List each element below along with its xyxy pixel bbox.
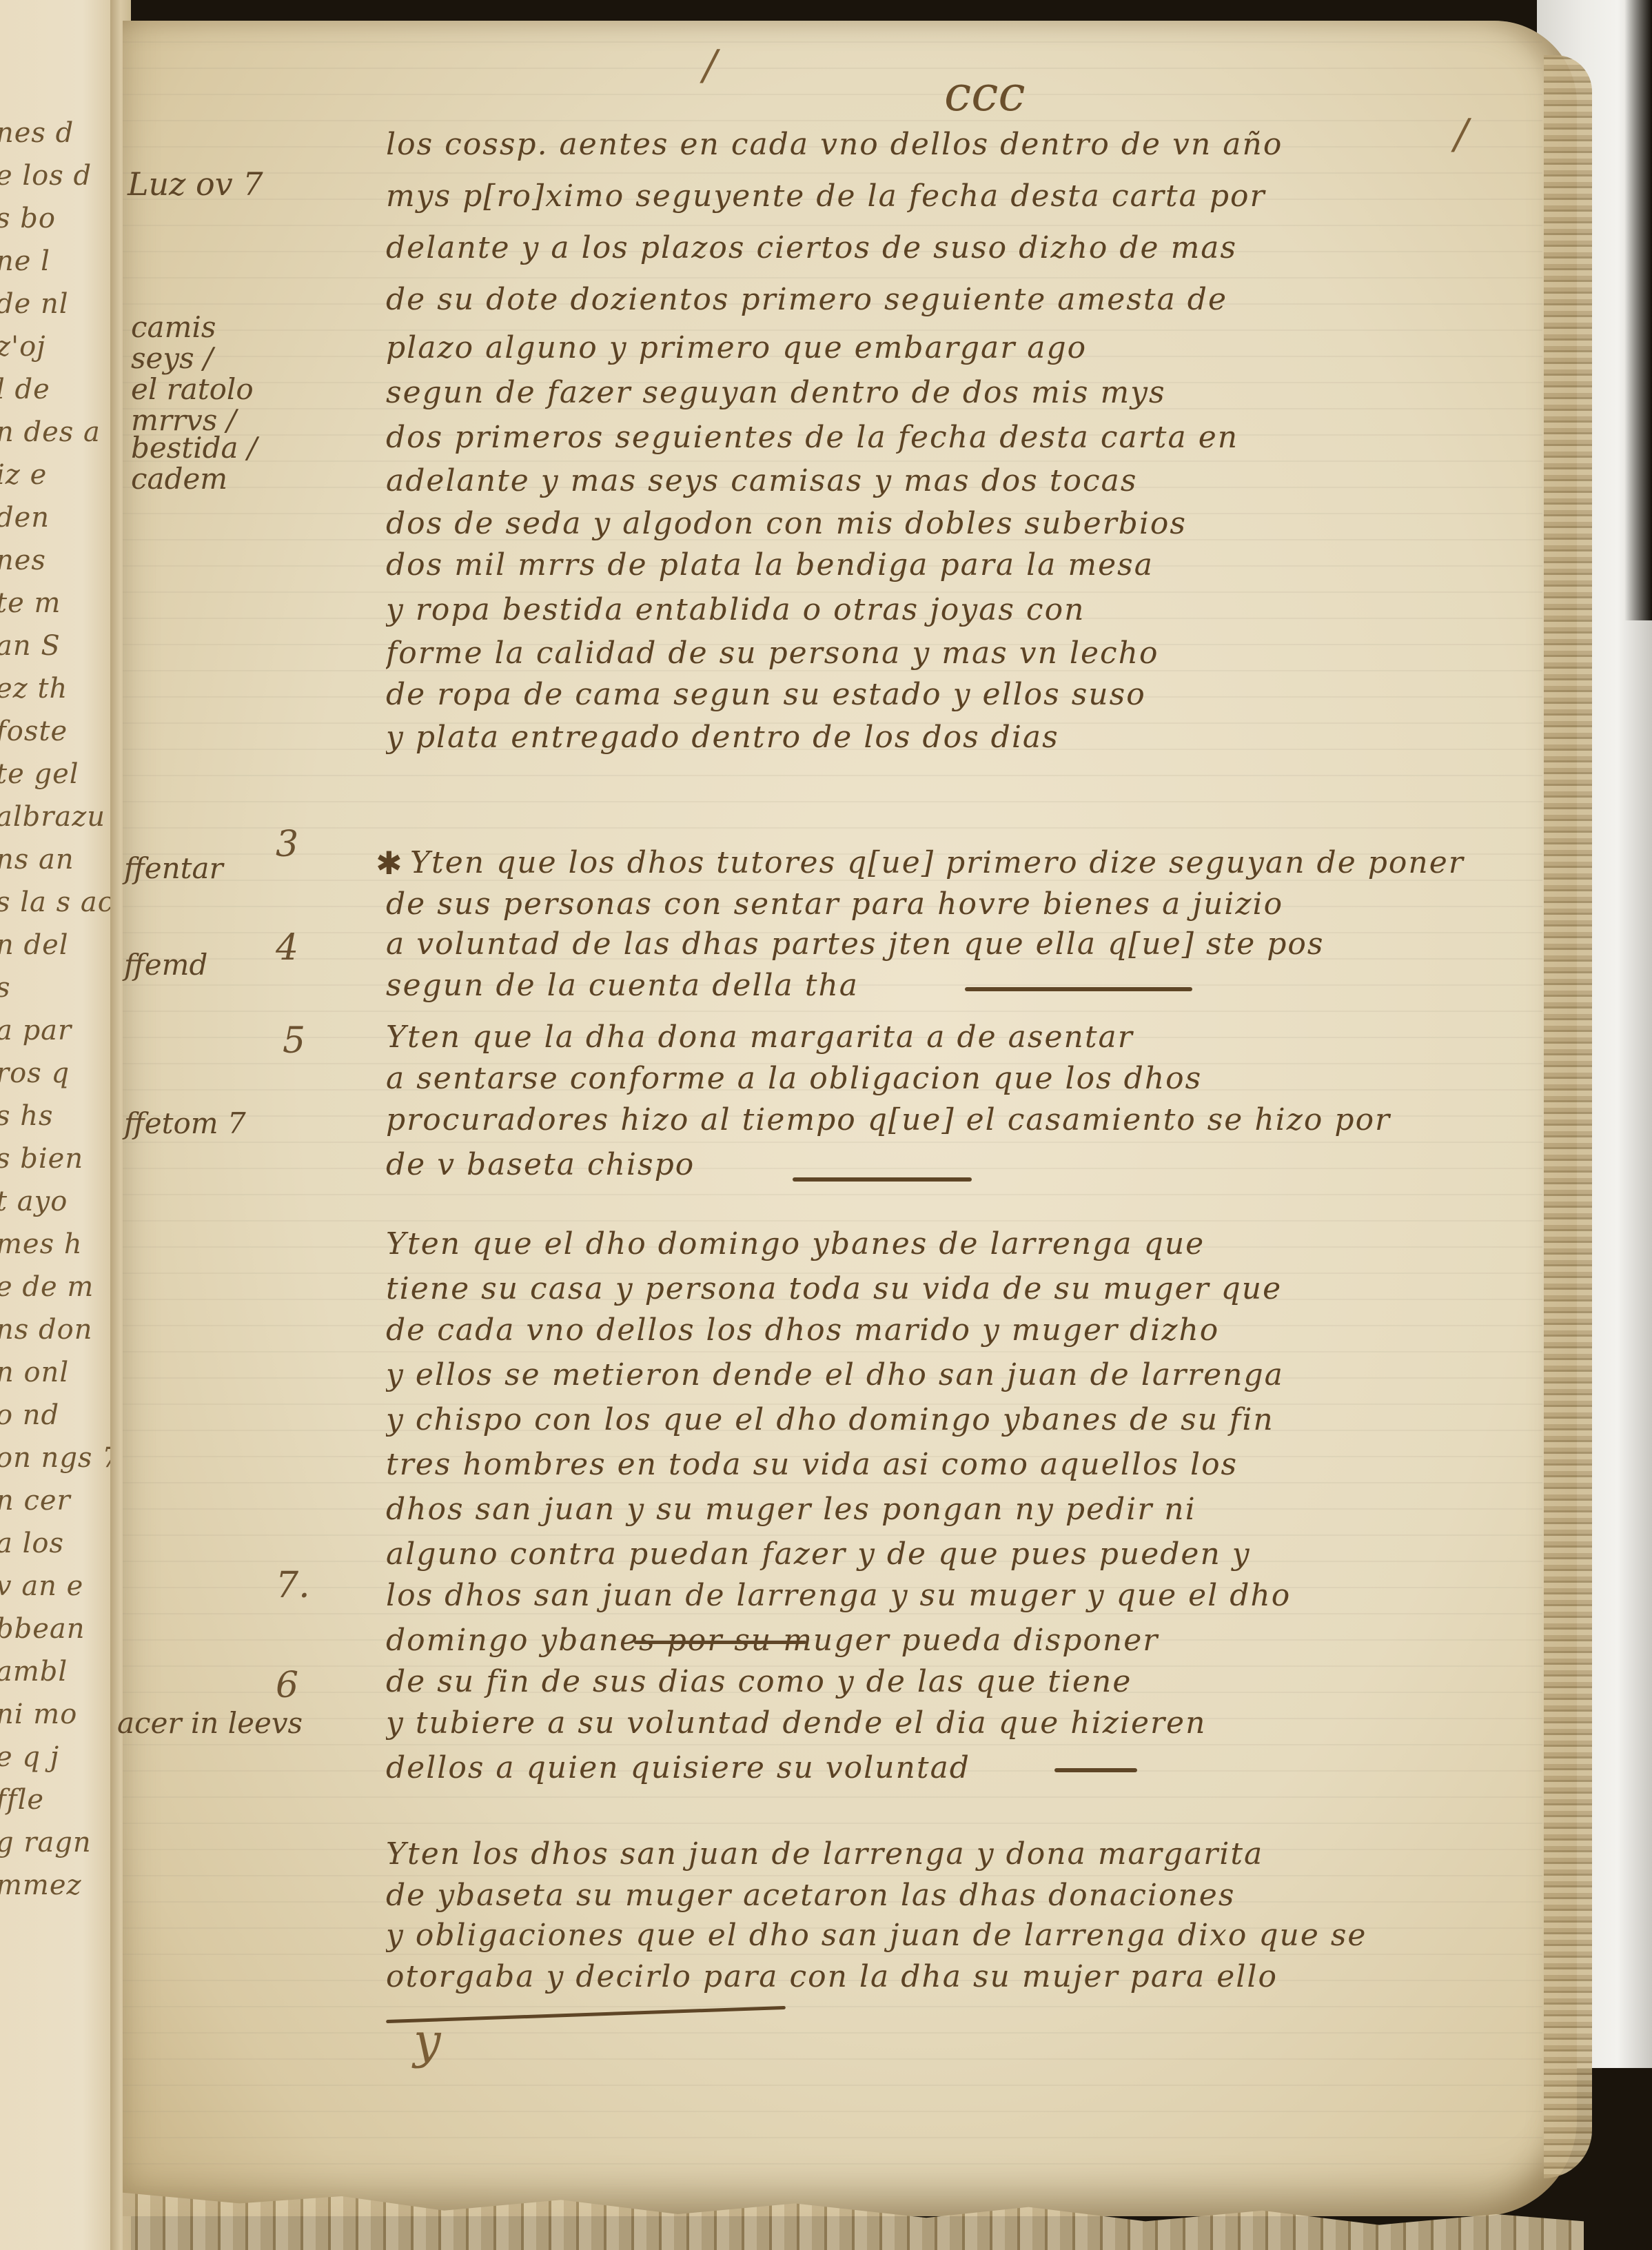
left-page-line: n des a xyxy=(0,416,101,448)
paper-laid-line xyxy=(123,2137,1542,2138)
left-page-line: s bien xyxy=(0,1143,83,1175)
margin-note: acer in leevs xyxy=(117,1706,303,1740)
text-line: adelante y mas seys camisas y mas dos to… xyxy=(386,460,1489,502)
tick-mark: / xyxy=(703,41,717,90)
margin-note: el ratolo xyxy=(131,372,254,406)
left-page-line: v an e xyxy=(0,1570,83,1602)
paper-laid-line xyxy=(123,68,1542,69)
left-page-fragment: nes de los ds bone lde nlz'ojl den des a… xyxy=(0,0,119,2250)
left-page-line: nes d xyxy=(0,117,74,149)
left-page-line: ros q xyxy=(0,1057,70,1089)
text-line: de su fin de sus dias como y de las que … xyxy=(386,1661,1489,1703)
leaf-stack-edge xyxy=(1544,55,1592,2178)
paper-laid-line xyxy=(123,1744,1542,1745)
left-page-line: e q j xyxy=(0,1741,59,1773)
left-page-line: s la s ac xyxy=(0,886,114,918)
asterisk-mark: ✱ xyxy=(376,844,402,882)
left-page-line: l de xyxy=(0,374,50,405)
left-page-line: den xyxy=(0,502,50,534)
left-page-line: a los xyxy=(0,1528,64,1559)
left-page-line: ns don xyxy=(0,1314,92,1346)
margin-note: ffemd xyxy=(124,948,207,982)
left-page-line: foste xyxy=(0,716,68,747)
text-line: tiene su casa y persona toda su vida de … xyxy=(386,1268,1489,1310)
text-line: los dhos san juan de larrenga y su muger… xyxy=(386,1575,1489,1616)
paper-laid-line xyxy=(123,94,1542,95)
text-line: de cada vno dellos los dhos marido y mug… xyxy=(386,1310,1489,1351)
line-filler-stroke xyxy=(793,1177,972,1182)
item-number: 6 xyxy=(276,1665,298,1706)
text-line: y tubiere a su voluntad dende el dia que… xyxy=(386,1703,1489,1744)
paper-laid-line xyxy=(123,2163,1542,2165)
left-page-line: ne l xyxy=(0,245,50,277)
paper-laid-line xyxy=(123,1168,1542,1169)
left-page-line: on ngs 7 xyxy=(0,1442,119,1474)
text-line: dellos a quien quisiere su voluntad xyxy=(386,1747,1075,1789)
line-filler-stroke xyxy=(1054,1768,1137,1772)
text-line: plazo alguno y primero que embargar ago xyxy=(386,327,1489,369)
paper-laid-line xyxy=(123,41,1542,43)
left-page-line: mmez xyxy=(0,1869,82,1901)
left-page-line: an S xyxy=(0,630,61,662)
text-line: segun de la cuenta della tha xyxy=(386,965,1006,1006)
margin-note: ffentar xyxy=(124,851,223,885)
left-page-line: te m xyxy=(0,587,61,619)
text-line: otorgaba y decirlo para con la dha su mu… xyxy=(386,1956,1489,1998)
left-page-line: bbean xyxy=(0,1613,85,1645)
left-page-line: n onl xyxy=(0,1357,69,1388)
text-line: dos de seda y algodon con mis dobles sub… xyxy=(386,503,1489,545)
left-page-line: s hs xyxy=(0,1100,54,1132)
text-line: Yten que la dha dona margarita a de asen… xyxy=(386,1017,1489,1058)
left-page-line: ambl xyxy=(0,1656,68,1687)
text-line: de sus personas con sentar para hovre bi… xyxy=(386,884,1489,925)
paper-laid-line xyxy=(123,1351,1542,1352)
paper-laid-line xyxy=(123,2111,1542,2112)
text-line: y plata entregado dentro de los dos dias xyxy=(386,717,1489,758)
text-line: a sentarse conforme a la obligacion que … xyxy=(386,1058,1489,1099)
strike-through xyxy=(634,1641,806,1644)
text-line: los cossp. aentes en cada vno dellos den… xyxy=(386,124,1489,165)
item-number: 5 xyxy=(283,1020,305,1062)
item-number: 3 xyxy=(276,824,298,865)
line-filler-stroke xyxy=(965,987,1192,991)
left-page-line: g ragn xyxy=(0,1827,92,1858)
text-line: alguno contra puedan fazer y de que pues… xyxy=(386,1534,1489,1575)
paper-laid-line xyxy=(123,1220,1542,1222)
paper-laid-line xyxy=(123,120,1542,121)
text-line: Yten que los dhos tutores q[ue] primero … xyxy=(410,842,1513,884)
item-number: 7. xyxy=(276,1565,310,1606)
text-line: Yten que el dho domingo ybanes de larren… xyxy=(386,1224,1489,1265)
text-line: delante y a los plazos ciertos de suso d… xyxy=(386,227,1489,269)
left-page-line: mes h xyxy=(0,1228,83,1260)
text-line: de v baseta chispo xyxy=(386,1144,799,1186)
closing-mark: y xyxy=(414,2013,441,2069)
paper-laid-line xyxy=(123,775,1542,776)
text-line: forme la calidad de su persona y mas vn … xyxy=(386,633,1489,674)
left-page-line: o nd xyxy=(0,1399,59,1431)
paper-laid-line xyxy=(123,1796,1542,1798)
text-line: dos mil mrrs de plata la bendiga para la… xyxy=(386,545,1489,586)
paper-laid-line xyxy=(123,827,1542,829)
margin-note: cadem xyxy=(131,462,227,496)
text-line: dos primeros seguientes de la fecha dest… xyxy=(386,417,1489,458)
text-line: mys p[ro]ximo seguyente de la fecha dest… xyxy=(386,176,1489,217)
text-line: segun de fazer seguyan dentro de dos mis… xyxy=(386,372,1489,414)
paper-laid-line xyxy=(123,277,1542,278)
text-line: de su dote dozientos primero seguiente a… xyxy=(386,279,1489,321)
left-page-line: ffle xyxy=(0,1784,44,1816)
left-page-line: nes xyxy=(0,545,46,576)
paper-laid-line xyxy=(123,1011,1542,1012)
folio-number: ccc xyxy=(944,65,1026,122)
paper-laid-line xyxy=(123,1194,1542,1195)
text-line: procuradores hizo al tiempo q[ue] el cas… xyxy=(386,1099,1489,1141)
paper-laid-line xyxy=(123,2085,1542,2086)
left-page-line: de nl xyxy=(0,288,69,320)
margin-note: ffetom 7 xyxy=(124,1106,246,1140)
left-page-line: a par xyxy=(0,1015,72,1046)
paper-laid-line xyxy=(123,1823,1542,1824)
left-page-line: e los d xyxy=(0,160,92,192)
text-line: dhos san juan y su muger les pongan ny p… xyxy=(386,1489,1489,1530)
margin-note: camis xyxy=(131,310,216,344)
text-line: y chispo con los que el dho domingo yban… xyxy=(386,1399,1489,1441)
margin-note: bestida / xyxy=(131,431,257,465)
text-line: tres hombres en toda su vida asi como aq… xyxy=(386,1444,1489,1486)
left-page-line: n del xyxy=(0,929,69,961)
left-page-line: t ayo xyxy=(0,1186,68,1217)
paper-laid-line xyxy=(123,2006,1542,2007)
paper-laid-line xyxy=(123,225,1542,226)
paper-laid-line xyxy=(123,801,1542,802)
margin-note: Luz ov 7 xyxy=(128,165,263,203)
left-page-line: te gel xyxy=(0,758,79,790)
left-page-line: iz e xyxy=(0,459,47,491)
paper-laid-line xyxy=(123,2032,1542,2034)
left-page-line: z'oj xyxy=(0,331,46,363)
paper-laid-line xyxy=(123,172,1542,174)
text-line: de ropa de cama segun su estado y ellos … xyxy=(386,674,1489,716)
text-line: domingo ybanes por su muger pueda dispon… xyxy=(386,1620,1489,1661)
margin-note: seys / xyxy=(131,341,213,375)
left-page-line: albrazu xyxy=(0,801,105,833)
left-page-line: ez th xyxy=(0,673,68,705)
left-page-line: e de m xyxy=(0,1271,94,1303)
text-line: y ropa bestida entablida o otras joyas c… xyxy=(386,589,1489,631)
paper-laid-line xyxy=(123,1142,1542,1143)
left-page-line: s xyxy=(0,972,11,1004)
left-page-line: ni mo xyxy=(0,1699,77,1730)
left-page-line: n cer xyxy=(0,1485,71,1517)
paper-laid-line xyxy=(123,2058,1542,2060)
left-page-line: ns an xyxy=(0,844,74,875)
text-line: y obligaciones que el dho san juan de la… xyxy=(386,1915,1489,1956)
text-line: y ellos se metieron dende el dho san jua… xyxy=(386,1355,1489,1396)
left-page-line: s bo xyxy=(0,203,56,234)
item-number: 4 xyxy=(276,927,298,969)
text-line: Yten los dhos san juan de larrenga y don… xyxy=(386,1834,1489,1875)
text-line: a voluntad de las dhas partes jten que e… xyxy=(386,924,1489,965)
text-line: de ybaseta su muger acetaron las dhas do… xyxy=(386,1875,1489,1916)
